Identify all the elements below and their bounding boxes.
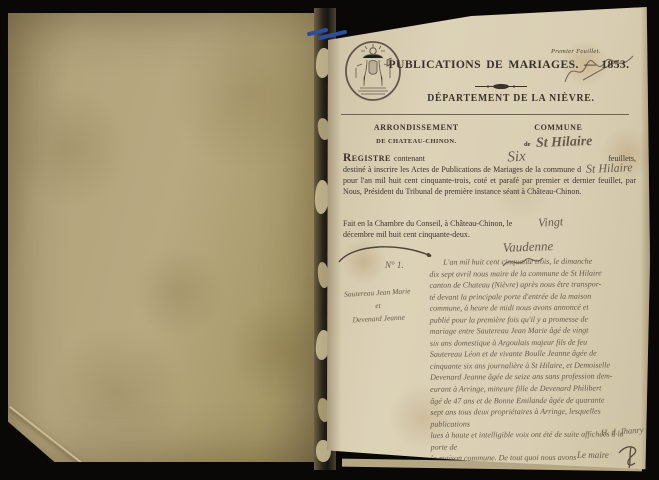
departement-heading: DÉPARTEMENT DE LA NIÈVRE. <box>398 93 623 104</box>
horizontal-rule <box>341 114 629 115</box>
arrondissement-block: ARRONDISSEMENT DE CHATEAU-CHINON. <box>351 123 482 151</box>
commune-handwritten-inline: St Hilaire <box>586 163 633 173</box>
divider-ornament-icon <box>473 82 529 91</box>
arrondissement-label: ARRONDISSEMENT <box>351 123 482 132</box>
act-body-line: Devenard Jeanne âgée de seize ans sans p… <box>430 371 641 384</box>
fait-text-1: Fait en la Chambre du Conseil, à Château… <box>343 218 512 229</box>
registre-paragraph: Registre contenant Six feuillets, destin… <box>343 152 636 197</box>
registre-body-1: destiné à inscrire les Actes de Publicat… <box>343 165 581 174</box>
register-page: Premier Feuillet. PUBLICATIONS DE MARIAG… <box>325 2 650 474</box>
commune-label: COMMUNE <box>482 123 635 132</box>
commune-block: COMMUNE de St Hilaire <box>482 123 635 151</box>
arrondissement-value: DE CHATEAU-CHINON. <box>351 138 482 145</box>
mayor-signature-paraph <box>615 443 643 469</box>
fait-date-handwritten: Vingt <box>538 216 564 228</box>
contenant-word: contenant <box>394 153 425 164</box>
act-body-text: L'an mil huit cent cinquante trois, le d… <box>429 255 642 476</box>
book-cover <box>8 13 318 462</box>
document-title: PUBLICATIONS DE MARIAGES. — 1853. <box>387 57 631 72</box>
act-number: N° 1. <box>385 260 404 270</box>
commune-de-label: de <box>524 141 531 148</box>
cover-corner-fold <box>9 406 83 464</box>
registre-body: destiné à inscrire les Actes de Publicat… <box>343 164 636 197</box>
marriage-act: N° 1. Sautereau Jean MarieetDevenard Jea… <box>327 260 643 468</box>
registre-body-2: pour l'an mil huit cent cinquante-trois,… <box>343 176 636 196</box>
act-margin-names: Sautereau Jean MarieetDevenard Jeanne <box>326 283 430 327</box>
header-columns: ARRONDISSEMENT DE CHATEAU-CHINON. COMMUN… <box>351 123 635 151</box>
blue-ink-mark <box>306 25 348 43</box>
registre-word: Registre <box>343 153 391 164</box>
scanned-register-page: Premier Feuillet. PUBLICATIONS DE MARIAG… <box>0 0 659 480</box>
closing-le-maire: Le maire <box>577 450 609 460</box>
